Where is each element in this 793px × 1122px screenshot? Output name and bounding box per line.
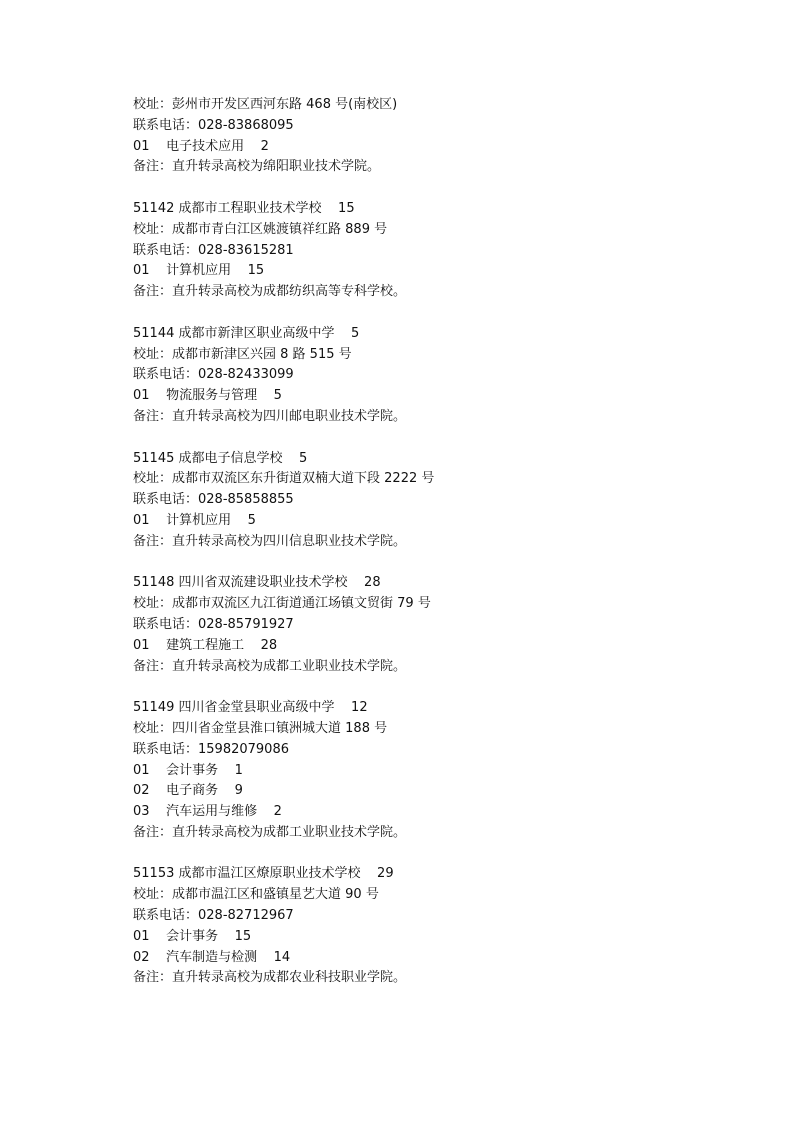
major-line: 01 计算机应用 15 [133,261,733,282]
phone-label: 联系电话： [133,742,198,757]
note-value: 直升转录高校为成都农业科技职业学院。 [172,970,406,985]
school-total: 5 [299,451,307,466]
address-value: 成都市青白江区姚渡镇祥红路 889 号 [172,222,387,237]
major-line: 02 汽车制造与检测 14 [133,948,733,969]
note-value: 直升转录高校为四川邮电职业技术学院。 [172,409,406,424]
school-code: 51153 [133,866,174,881]
school-heading: 51144 成都市新津区职业高级中学 5 [133,324,733,345]
note-label: 备注： [133,284,172,299]
school-entry: 51153 成都市温江区燎原职业技术学校 29 校址：成都市温江区和盛镇星艺大道… [133,864,733,989]
address-value: 彭州市开发区西河东路 468 号(南校区) [172,97,397,112]
major-count: 15 [248,263,265,278]
school-name: 成都市工程职业技术学校 [179,201,322,216]
paragraph-gap [133,428,733,449]
major-count: 5 [274,388,282,403]
school-total: 28 [364,575,381,590]
school-name: 成都市温江区燎原职业技术学校 [179,866,361,881]
note-value: 直升转录高校为绵阳职业技术学院。 [172,159,380,174]
note-line: 备注：直升转录高校为成都纺织高等专科学校。 [133,282,733,303]
school-code: 51149 [133,700,174,715]
major-name: 电子商务 [166,783,218,798]
major-count: 1 [235,763,243,778]
address-line: 校址：成都市青白江区姚渡镇祥红路 889 号 [133,220,733,241]
major-name: 汽车制造与检测 [166,950,257,965]
address-label: 校址： [133,347,172,362]
note-line: 备注：直升转录高校为绵阳职业技术学院。 [133,157,733,178]
phone-value: 028-85858855 [198,492,294,507]
school-entry: 51149 四川省金堂县职业高级中学 12 校址：四川省金堂县淮口镇洲城大道 1… [133,698,733,844]
major-line: 01 会计事务 15 [133,927,733,948]
address-value: 成都市新津区兴园 8 路 515 号 [172,347,352,362]
major-name: 电子技术应用 [166,139,244,154]
major-line: 01 建筑工程施工 28 [133,636,733,657]
school-code: 51142 [133,201,174,216]
note-line: 备注：直升转录高校为成都工业职业技术学院。 [133,823,733,844]
major-name: 汽车运用与维修 [166,804,257,819]
school-entry-continued: 校址：彭州市开发区西河东路 468 号(南校区) 联系电话：028-838680… [133,95,733,178]
school-total: 12 [351,700,368,715]
major-count: 14 [274,950,291,965]
major-count: 15 [235,929,252,944]
address-label: 校址： [133,887,172,902]
major-code: 01 [133,638,150,653]
school-total: 29 [377,866,394,881]
phone-value: 028-83868095 [198,118,294,133]
paragraph-gap [133,178,733,199]
phone-label: 联系电话： [133,243,198,258]
major-count: 2 [261,139,269,154]
major-name: 计算机应用 [166,263,231,278]
address-value: 成都市温江区和盛镇星艺大道 90 号 [172,887,379,902]
address-label: 校址： [133,97,172,112]
address-line: 校址：成都市双流区九江街道通江场镇文贸街 79 号 [133,594,733,615]
major-code: 01 [133,513,150,528]
major-line: 01 电子技术应用 2 [133,137,733,158]
phone-value: 028-82712967 [198,908,294,923]
address-line: 校址：成都市温江区和盛镇星艺大道 90 号 [133,885,733,906]
major-code: 01 [133,139,150,154]
address-line: 校址：彭州市开发区西河东路 468 号(南校区) [133,95,733,116]
major-name: 建筑工程施工 [166,638,244,653]
major-name: 计算机应用 [166,513,231,528]
major-code: 02 [133,783,150,798]
address-value: 成都市双流区东升街道双楠大道下段 2222 号 [172,471,434,486]
major-name: 会计事务 [166,763,218,778]
school-name: 四川省双流建设职业技术学校 [179,575,348,590]
phone-line: 联系电话：028-83868095 [133,116,733,137]
major-line: 01 物流服务与管理 5 [133,386,733,407]
school-total: 5 [351,326,359,341]
school-entry: 51144 成都市新津区职业高级中学 5 校址：成都市新津区兴园 8 路 515… [133,324,733,428]
note-label: 备注： [133,159,172,174]
paragraph-gap [133,553,733,574]
phone-line: 联系电话：028-82433099 [133,365,733,386]
school-entry: 51148 四川省双流建设职业技术学校 28 校址：成都市双流区九江街道通江场镇… [133,573,733,677]
paragraph-gap [133,844,733,865]
school-entry: 51142 成都市工程职业技术学校 15 校址：成都市青白江区姚渡镇祥红路 88… [133,199,733,303]
phone-label: 联系电话： [133,617,198,632]
school-heading: 51145 成都电子信息学校 5 [133,449,733,470]
major-count: 28 [261,638,278,653]
major-line: 03 汽车运用与维修 2 [133,802,733,823]
major-count: 9 [235,783,243,798]
major-code: 01 [133,763,150,778]
major-line: 01 会计事务 1 [133,761,733,782]
note-line: 备注：直升转录高校为四川信息职业技术学院。 [133,532,733,553]
major-code: 01 [133,929,150,944]
phone-label: 联系电话： [133,908,198,923]
school-heading: 51142 成都市工程职业技术学校 15 [133,199,733,220]
address-line: 校址：成都市双流区东升街道双楠大道下段 2222 号 [133,469,733,490]
phone-label: 联系电话： [133,367,198,382]
phone-value: 028-85791927 [198,617,294,632]
school-entry: 51145 成都电子信息学校 5 校址：成都市双流区东升街道双楠大道下段 222… [133,449,733,553]
school-name: 成都市新津区职业高级中学 [179,326,335,341]
major-code: 01 [133,388,150,403]
school-name: 成都电子信息学校 [179,451,283,466]
paragraph-gap [133,303,733,324]
address-label: 校址： [133,721,172,736]
major-code: 02 [133,950,150,965]
address-value: 成都市双流区九江街道通江场镇文贸街 79 号 [172,596,431,611]
address-line: 校址：成都市新津区兴园 8 路 515 号 [133,345,733,366]
major-line: 01 计算机应用 5 [133,511,733,532]
school-heading: 51148 四川省双流建设职业技术学校 28 [133,573,733,594]
note-line: 备注：直升转录高校为四川邮电职业技术学院。 [133,407,733,428]
paragraph-gap [133,677,733,698]
phone-line: 联系电话：028-85858855 [133,490,733,511]
major-code: 03 [133,804,150,819]
note-label: 备注： [133,825,172,840]
school-code: 51144 [133,326,174,341]
major-name: 物流服务与管理 [166,388,257,403]
major-count: 2 [274,804,282,819]
school-total: 15 [338,201,355,216]
document-page: 校址：彭州市开发区西河东路 468 号(南校区) 联系电话：028-838680… [133,95,733,989]
note-label: 备注： [133,659,172,674]
phone-line: 联系电话：028-82712967 [133,906,733,927]
note-label: 备注： [133,409,172,424]
phone-value: 028-82433099 [198,367,294,382]
note-label: 备注： [133,534,172,549]
school-code: 51148 [133,575,174,590]
note-line: 备注：直升转录高校为成都工业职业技术学院。 [133,657,733,678]
major-name: 会计事务 [166,929,218,944]
major-line: 02 电子商务 9 [133,781,733,802]
major-count: 5 [248,513,256,528]
note-value: 直升转录高校为成都工业职业技术学院。 [172,825,406,840]
phone-label: 联系电话： [133,118,198,133]
note-value: 直升转录高校为四川信息职业技术学院。 [172,534,406,549]
note-line: 备注：直升转录高校为成都农业科技职业学院。 [133,968,733,989]
phone-line: 联系电话：028-85791927 [133,615,733,636]
note-value: 直升转录高校为成都纺织高等专科学校。 [172,284,406,299]
address-label: 校址： [133,222,172,237]
phone-value: 028-83615281 [198,243,294,258]
phone-label: 联系电话： [133,492,198,507]
school-heading: 51153 成都市温江区燎原职业技术学校 29 [133,864,733,885]
phone-line: 联系电话：028-83615281 [133,241,733,262]
address-label: 校址： [133,471,172,486]
note-label: 备注： [133,970,172,985]
major-code: 01 [133,263,150,278]
school-code: 51145 [133,451,174,466]
note-value: 直升转录高校为成都工业职业技术学院。 [172,659,406,674]
school-name: 四川省金堂县职业高级中学 [179,700,335,715]
address-line: 校址：四川省金堂县淮口镇洲城大道 188 号 [133,719,733,740]
phone-line: 联系电话：15982079086 [133,740,733,761]
phone-value: 15982079086 [198,742,289,757]
address-value: 四川省金堂县淮口镇洲城大道 188 号 [172,721,387,736]
address-label: 校址： [133,596,172,611]
school-heading: 51149 四川省金堂县职业高级中学 12 [133,698,733,719]
